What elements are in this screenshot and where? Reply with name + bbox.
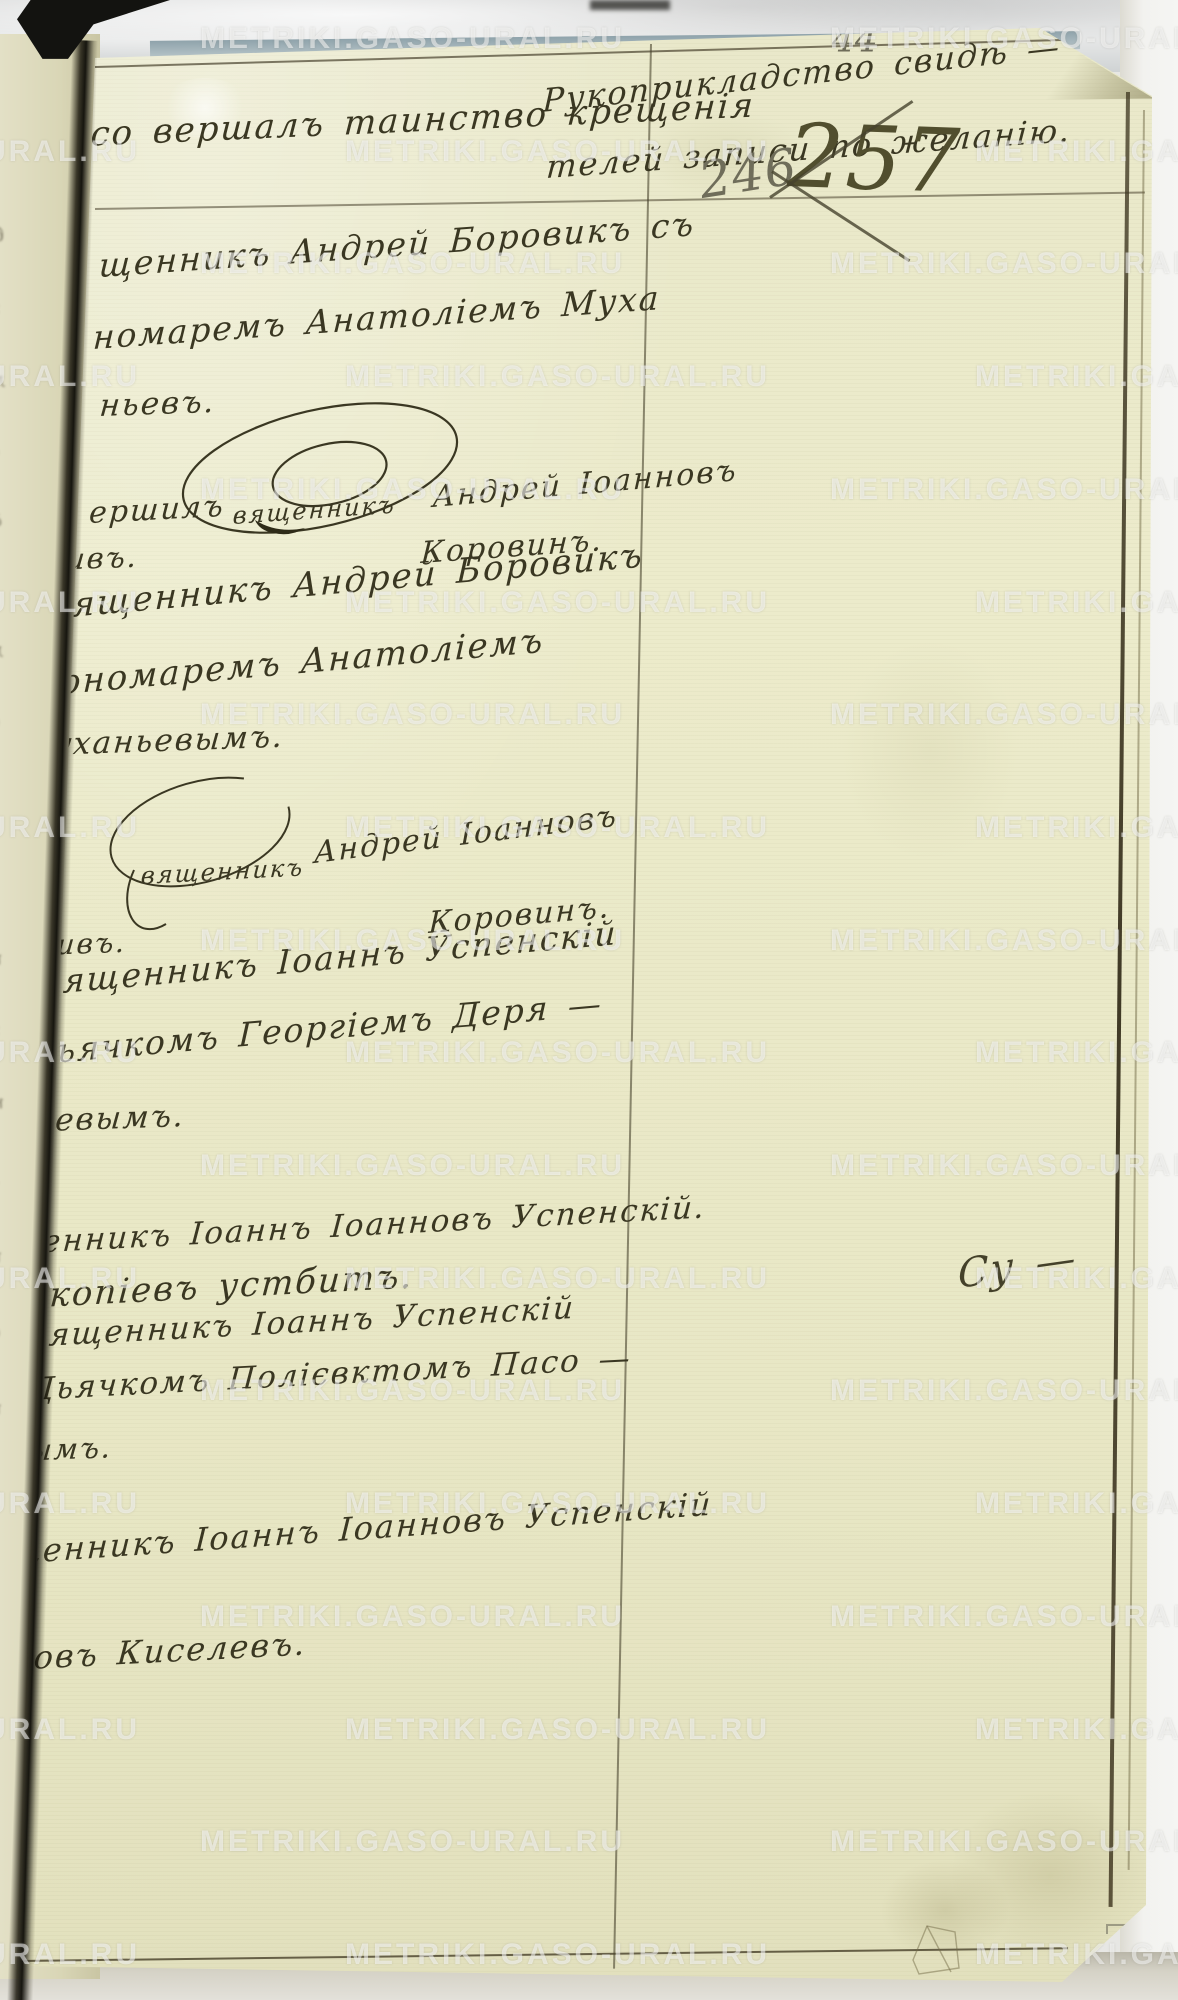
handwritten-line: Дьячкомъ Полієвктомъ Пасо —	[28, 1340, 633, 1408]
bleed-through-text: вбр	[0, 705, 2, 732]
handwritten-line: Пономаремъ Анатоліемъ	[28, 621, 545, 706]
bleed-through-text: жвм	[0, 1010, 2, 1041]
scanned-register-page: нвгмбврсжлтемпвсвгодлvillaмнжвбрпмсжвмнв…	[0, 0, 1178, 2000]
pen-flourish-signature-2	[100, 762, 340, 962]
bleed-through-text: длvilla	[0, 502, 4, 531]
handwritten-line: щенникъ Іоаннъ Іоанновъ Успенскій	[8, 1485, 713, 1572]
bleed-through-text: нсп	[0, 1391, 4, 1420]
ruled-line-header-bottom	[95, 192, 1145, 210]
register-page: то со вершалъ таинство крещенія Рукоприк…	[0, 0, 1178, 2000]
handwritten-line: номаремъ Анатоліемъ Муха	[92, 278, 662, 357]
handwritten-line: повъ Киселевъ.	[10, 1624, 308, 1678]
handwritten-line: Дьячкомъ Георгіемъ Деря —	[28, 983, 604, 1073]
handwritten-line: Андрей Іоанновъ	[314, 798, 618, 871]
page-right-edge-inner	[1128, 110, 1145, 1870]
paper-stain	[840, 640, 1020, 860]
bleed-through-text: вмж	[0, 1315, 2, 1343]
bleed-through-text: бврс	[0, 217, 6, 247]
bleed-through-text: жлте	[0, 286, 2, 319]
column-divider-line	[613, 44, 652, 1969]
bleed-through-text: мнж	[0, 631, 6, 661]
bleed-through-text: мсв	[0, 1161, 2, 1188]
handwritten-line: щенникъ Іоаннъ Іоанновъ Успенскій.	[8, 1189, 707, 1262]
bleed-through-text: мвл	[0, 1472, 2, 1499]
corner-crease-mark	[905, 1918, 967, 1980]
handwritten-line: щенникъ Андрей Боровикъ съ	[98, 204, 696, 285]
right-column-note: Су —	[958, 1235, 1077, 1298]
bleed-through-text: твн	[0, 1237, 4, 1267]
bleed-through-text: пмс	[0, 942, 4, 970]
page-right-edge	[1109, 92, 1130, 1907]
bleed-through-text: свго	[0, 433, 2, 463]
bleed-through-text: нвл	[0, 1086, 6, 1114]
handwritten-line: Андрей Іоанновъ	[432, 453, 738, 515]
pen-flourish-signature-1	[170, 398, 470, 558]
spine-smear	[590, 0, 670, 10]
bleed-through-text: мпв	[0, 362, 8, 392]
bleed-through-text: нвгм	[0, 138, 2, 174]
